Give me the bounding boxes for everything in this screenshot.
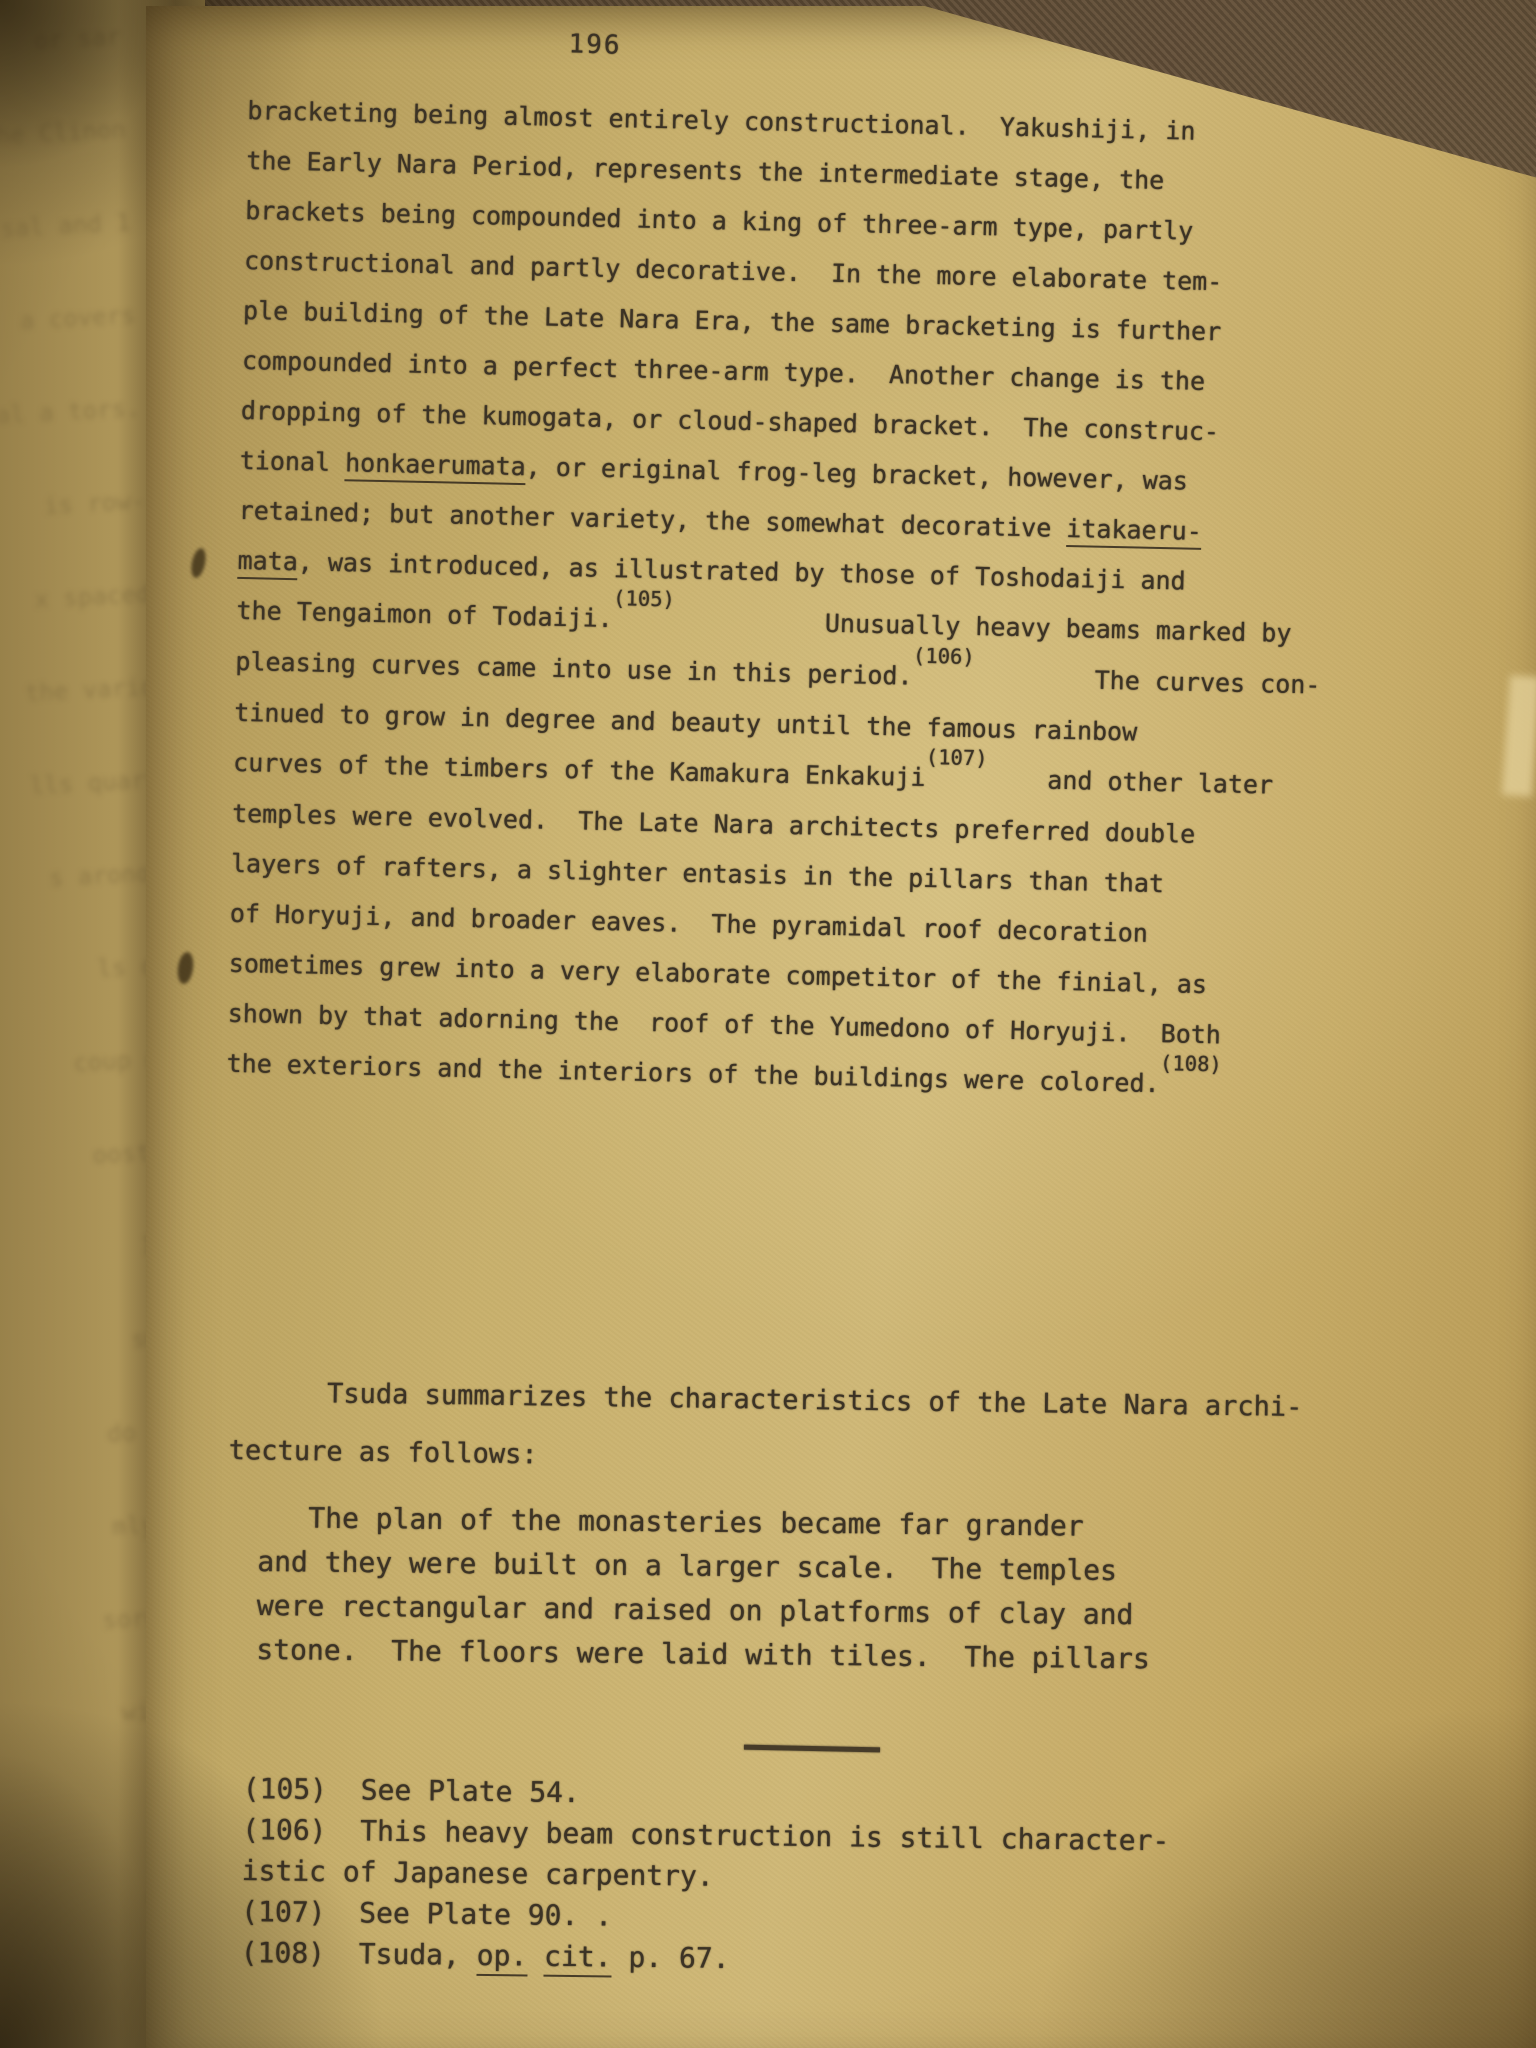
photo-scene: or sarthe Clinonsal and 1a coversal a to…	[0, 0, 1536, 2048]
body-paragraph: bracketing being almost entirely constru…	[226, 86, 1333, 1113]
page-number: 196	[540, 29, 651, 62]
footnotes: (105) See Plate 54.(106) This heavy beam…	[240, 1768, 1170, 1984]
tsuda-intro-paragraph: Tsuda summarizes the characteristics of …	[228, 1364, 1302, 1495]
footnote-ref: (107)	[926, 745, 988, 770]
block-quote: The plan of the monasteries became far g…	[256, 1496, 1151, 1681]
typed-line: stone. The floors were laid with tiles. …	[256, 1628, 1150, 1681]
footnote-ref: (106)	[913, 644, 975, 669]
footnote-ref: (105)	[613, 586, 675, 611]
footnote-ref: (108)	[1160, 1051, 1222, 1076]
